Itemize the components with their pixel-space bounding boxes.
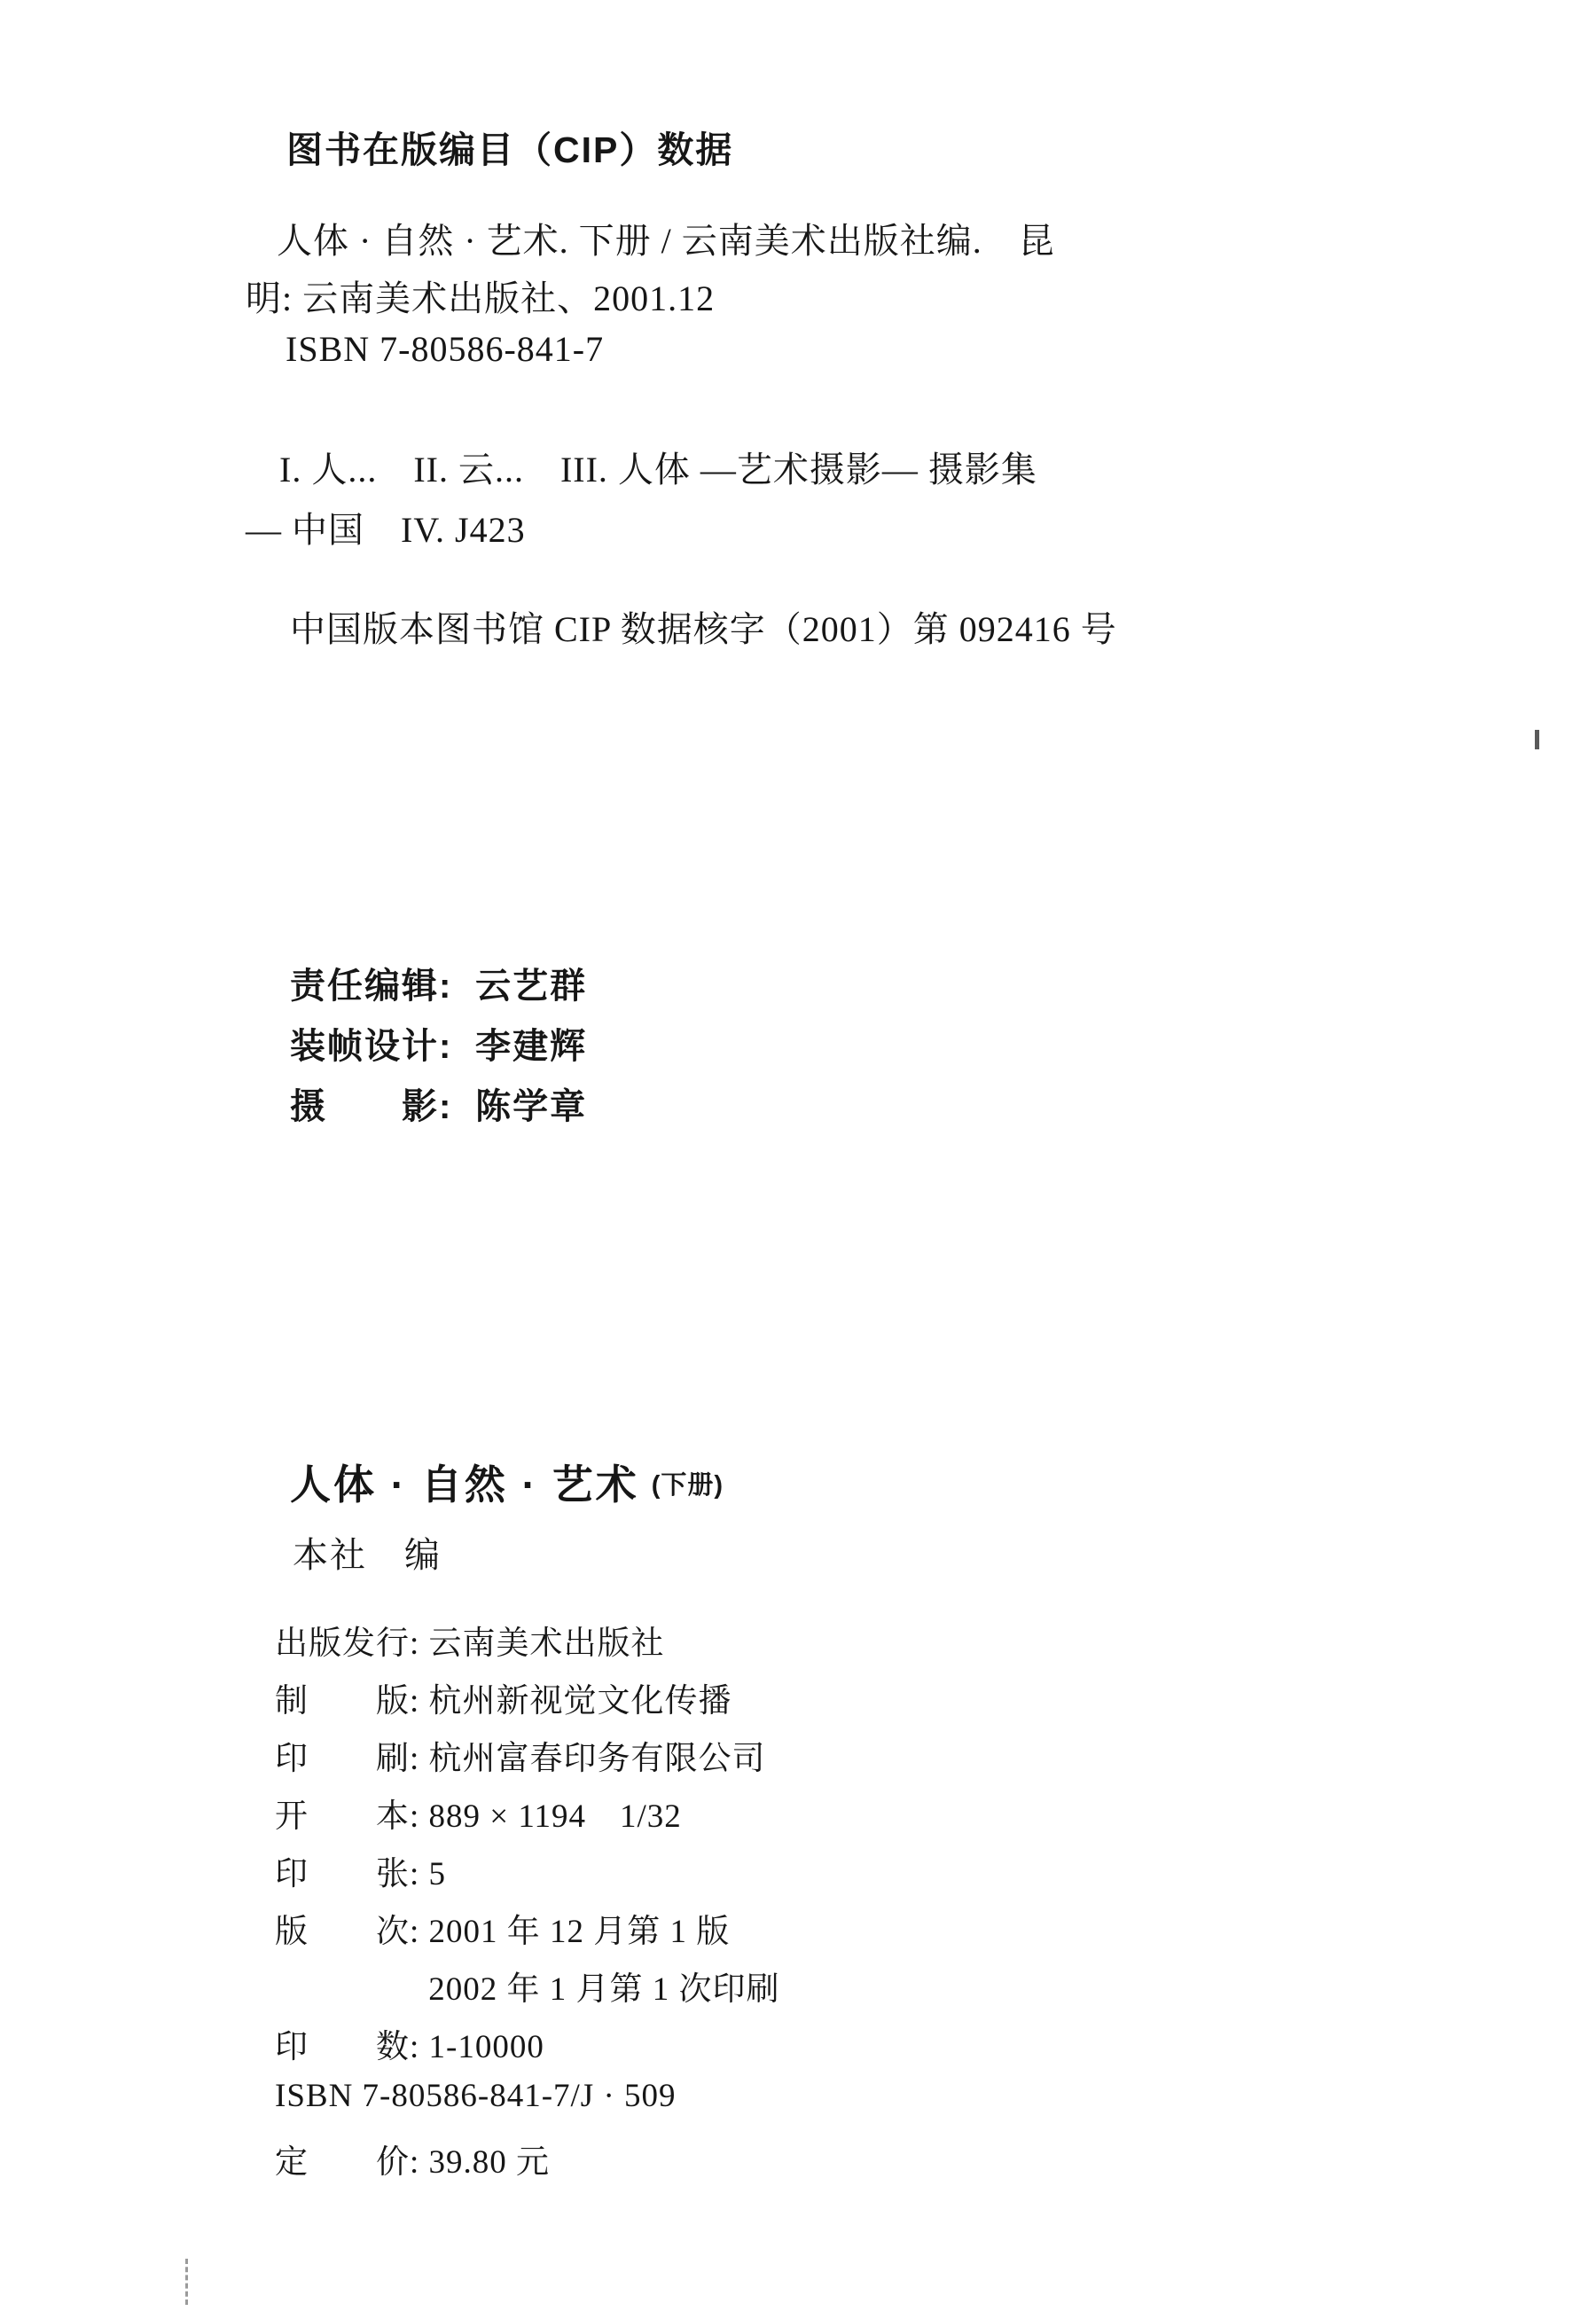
colophon-value: 云南美术出版社 <box>429 1626 665 1662</box>
scan-edge-mark <box>1535 730 1539 749</box>
credit-label: 责任编辑: <box>290 958 464 1008</box>
cip-isbn: ISBN 7-80586-841-7 <box>286 328 604 370</box>
cip-classification-line-1: I. 人... II. 云... III. 人体 —艺术摄影— 摄影集 <box>279 442 1037 492</box>
credits-block: 责任编辑: 云艺群 装帧设计: 李建辉 摄 影: 陈学章 <box>290 958 587 1139</box>
colophon-label: 印 张: <box>275 1846 419 1894</box>
colophon-value: 5 <box>429 1856 447 1892</box>
colophon-value: 1-10000 <box>429 2029 544 2065</box>
colophon-label: 印 刷: <box>275 1731 419 1779</box>
cip-entry-line-2: 明: 云南美术出版社、2001.12 <box>246 270 715 321</box>
colophon-label: 定 价: <box>275 2135 419 2182</box>
book-copyright-page: 图书在版编目（CIP）数据 人体 · 自然 · 艺术. 下册 / 云南美术出版社… <box>0 0 1596 2319</box>
credit-row-editor: 责任编辑: 云艺群 <box>290 958 587 1018</box>
colophon-list: 出版发行: 云南美术出版社 制 版: 杭州新视觉文化传播 印 刷: 杭州富春印务… <box>275 1616 780 2192</box>
book-title-volume: (下册) <box>652 1471 724 1500</box>
colophon-label: 版 次: <box>275 1904 419 1952</box>
cip-record-number: 中国版本图书馆 CIP 数据核字（2001）第 092416 号 <box>290 601 1117 652</box>
credit-value: 陈学章 <box>475 1087 587 1126</box>
colophon-row-printing: 2002 年 1 月第 1 次印刷 <box>275 1962 780 2019</box>
cip-entry-line-1: 人体 · 自然 · 艺术. 下册 / 云南美术出版社编. 昆 <box>277 213 1055 263</box>
cip-classification-line-2: — 中国 IV. J423 <box>246 502 526 552</box>
colophon-row-format: 开 本: 889 × 1194 1/32 <box>275 1789 780 1846</box>
colophon-row-print-run: 印 数: 1-10000 <box>275 2019 780 2077</box>
colophon-row-publisher: 出版发行: 云南美术出版社 <box>275 1616 780 1673</box>
colophon-label: 制 版: <box>275 1673 419 1721</box>
colophon-row-printer: 印 刷: 杭州富春印务有限公司 <box>275 1731 780 1789</box>
colophon-isbn: ISBN 7-80586-841-7/J · 509 <box>275 2077 677 2115</box>
colophon-value: 2001 年 12 月第 1 版 <box>429 1914 731 1950</box>
colophon-label: 印 数: <box>275 2019 419 2067</box>
credit-row-photographer: 摄 影: 陈学章 <box>290 1078 587 1139</box>
credit-label: 摄 影: <box>290 1078 464 1129</box>
book-title-main: 人体 · 自然 · 艺术 <box>290 1461 639 1508</box>
credit-value: 李建辉 <box>475 1027 587 1066</box>
colophon-value: 39.80 元 <box>429 2144 551 2181</box>
colophon-row-isbn: ISBN 7-80586-841-7/J · 509 <box>275 2077 780 2135</box>
credit-row-designer: 装帧设计: 李建辉 <box>290 1018 587 1078</box>
colophon-row-price: 定 价: 39.80 元 <box>275 2135 780 2192</box>
book-title: 人体 · 自然 · 艺术(下册) <box>290 1453 724 1511</box>
colophon-row-edition: 版 次: 2001 年 12 月第 1 版 <box>275 1904 780 1962</box>
colophon-value: 杭州新视觉文化传播 <box>429 1683 732 1720</box>
editor-line: 本社 编 <box>293 1527 442 1578</box>
cip-heading: 图书在版编目（CIP）数据 <box>286 121 733 173</box>
colophon-row-sheets: 印 张: 5 <box>275 1846 780 1904</box>
scan-corner-mark <box>185 2259 188 2305</box>
colophon-value: 2002 年 1 月第 1 次印刷 <box>428 1971 779 2008</box>
colophon-value: 889 × 1194 1/32 <box>429 1798 682 1835</box>
credit-label: 装帧设计: <box>290 1018 464 1069</box>
colophon-row-platemaking: 制 版: 杭州新视觉文化传播 <box>275 1673 780 1731</box>
credit-value: 云艺群 <box>475 967 587 1006</box>
colophon-label: 出版发行: <box>275 1616 419 1664</box>
colophon-label: 开 本: <box>275 1789 419 1837</box>
colophon-value: 杭州富春印务有限公司 <box>429 1741 766 1777</box>
